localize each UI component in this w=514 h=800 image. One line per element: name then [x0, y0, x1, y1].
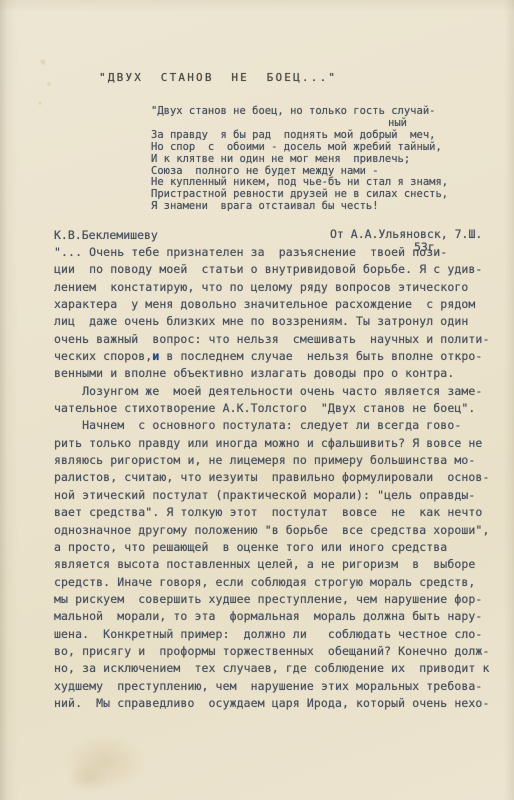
body-line: однозначное другому положению "в борьбе … — [54, 522, 489, 539]
body-line: лением констатирую, что по целому ряду в… — [54, 279, 489, 296]
body-line-post: в последнем случае нельзя быть вполне от… — [159, 349, 482, 363]
body-line: лиц даже очень близких мне по воззрениям… — [54, 313, 489, 330]
addressee-line: К.В.Беклемишеву — [54, 228, 158, 242]
body-line: Начнем с основного постулата: следует ли… — [54, 417, 489, 434]
body-line: шена. Конкретный пример: должно ли соблю… — [54, 626, 489, 643]
body-line-with-ink-insert: ческих споров,и в последнем случае нельз… — [54, 348, 489, 365]
body-line: а просто, что решающей в оценке того или… — [54, 539, 489, 556]
body-line: худшему преступлению, чем нарушение этих… — [54, 678, 489, 695]
body-line: венными и вполне объективно излагать дов… — [54, 365, 489, 382]
body-line: вает средства". Я толкую этот постулат в… — [54, 504, 489, 521]
body-line: во, присягу и проформы торжественных обе… — [54, 643, 489, 660]
body-line: рить только правду или иногда можно и сф… — [54, 435, 489, 452]
body-line: но, за исключением тех случаев, где собл… — [54, 660, 489, 677]
letter-body: "... Очень тебе признателен за разъяснен… — [54, 244, 489, 712]
sender-line: От А.А.Ульяновск, 7.Ш. — [330, 227, 482, 241]
body-line: ции по поводу моей статьи о внутривидово… — [54, 261, 489, 278]
poem-line: И к клятве ни один не мог меня привлечь; — [151, 154, 448, 166]
typewritten-letter-page: "ДВУХ СТАНОВ НЕ БОЕЦ..." "Двух станов не… — [0, 0, 514, 800]
poem-line: Но спор с обоими - досель мой жребий тай… — [151, 142, 448, 154]
body-line: являюсь ригористом и, не лицемеря по при… — [54, 452, 489, 469]
body-line: характера у меня довольно значительное р… — [54, 296, 489, 313]
body-line: чательное стихотворение А.К.Толстого "Дв… — [54, 400, 489, 417]
body-line: ний. Мы справедливо осуждаем царя Ирода,… — [54, 695, 489, 712]
poem-line: Я знамени врага отстаивал бы честь! — [151, 201, 448, 213]
body-line: мы рискуем совершить худшее преступление… — [54, 591, 489, 608]
body-line: ной этический постулат (практической мор… — [54, 487, 489, 504]
poem-line: За правду я бы рад поднять мой добрый ме… — [151, 130, 448, 142]
body-line: очень важный вопрос: что нельзя смешиват… — [54, 331, 489, 348]
body-line: Лозунгом же моей деятельности очень част… — [54, 383, 489, 400]
epigraph-poem: "Двух станов не боец, но только гость сл… — [151, 106, 448, 213]
body-line: мальной морали, то эта формальная мораль… — [54, 608, 489, 625]
document-title: "ДВУХ СТАНОВ НЕ БОЕЦ..." — [99, 71, 337, 84]
body-line: ралистов, считаю, что иезуиты правильно … — [54, 469, 489, 486]
body-line-pre: ческих споров, — [54, 349, 152, 363]
body-line: средств. Иначе говоря, если соблюдая стр… — [54, 574, 489, 591]
body-line: "... Очень тебе признателен за разъяснен… — [54, 244, 489, 261]
body-line: является высота поставленных целей, а не… — [54, 556, 489, 573]
